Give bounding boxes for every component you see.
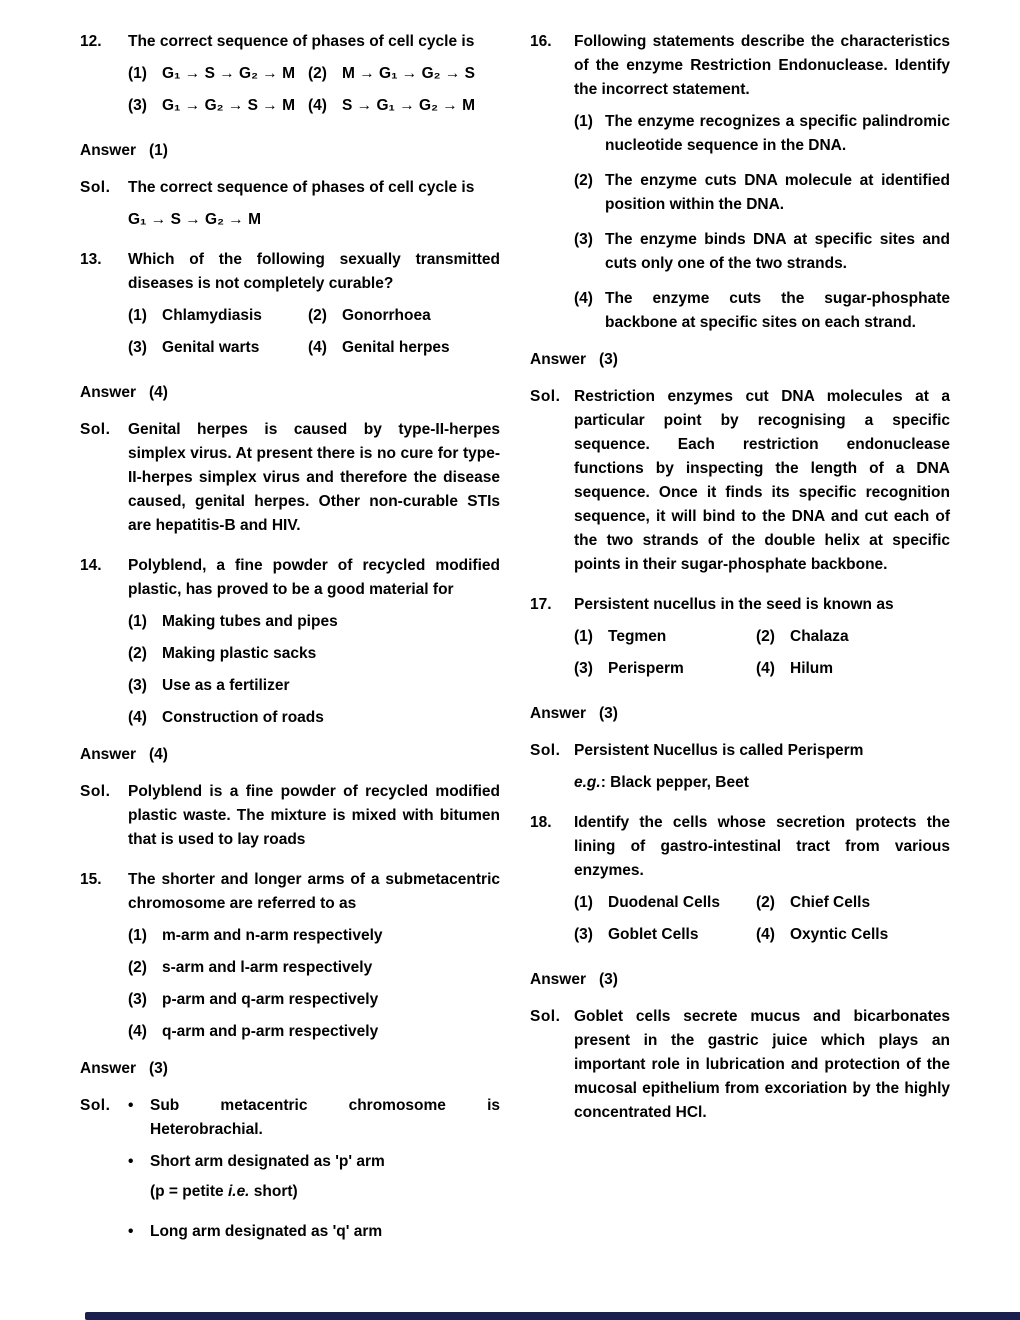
option: (4)q-arm and p-arm respectively bbox=[128, 1020, 500, 1044]
option-number: (1) bbox=[128, 610, 162, 634]
option-label: m-arm and n-arm respectively bbox=[162, 924, 500, 948]
solution-label: Sol. bbox=[80, 780, 128, 860]
bullet-item: • Short arm designated as 'p' arm (p = p… bbox=[128, 1150, 500, 1212]
option: (3)Perisperm bbox=[574, 657, 756, 681]
option-number: (2) bbox=[756, 891, 790, 915]
question-12: 12. The correct sequence of phases of ce… bbox=[80, 30, 500, 240]
question-number: 13. bbox=[80, 248, 128, 296]
option: (1)Duodenal Cells bbox=[574, 891, 756, 915]
option-number: (2) bbox=[128, 956, 162, 980]
question-14: 14. Polyblend, a fine powder of recycled… bbox=[80, 554, 500, 860]
option: (2)Gonorrhoea bbox=[308, 304, 500, 328]
answer-line: Answer(3) bbox=[530, 702, 950, 726]
option: (4)Oxyntic Cells bbox=[756, 923, 950, 947]
question-15: 15. The shorter and longer arms of a sub… bbox=[80, 868, 500, 1252]
answer-value: (4) bbox=[149, 384, 168, 401]
answer-label: Answer bbox=[80, 746, 136, 763]
option-label: Chlamydiasis bbox=[162, 304, 308, 328]
option: (4)Hilum bbox=[756, 657, 950, 681]
answer-line: Answer(3) bbox=[80, 1057, 500, 1081]
option-number: (3) bbox=[128, 94, 162, 118]
option-label: p-arm and q-arm respectively bbox=[162, 988, 500, 1012]
option-label: Chief Cells bbox=[790, 891, 950, 915]
question-13-header: 13. Which of the following sexually tran… bbox=[80, 248, 500, 296]
question-number: 15. bbox=[80, 868, 128, 916]
solution-text: Persistent Nucellus is called Perisperm bbox=[574, 739, 950, 763]
question-text: Identify the cells whose secretion prote… bbox=[574, 811, 950, 883]
option: (3)G₁ → G₂ → S → M bbox=[128, 94, 308, 118]
option-label: Making plastic sacks bbox=[162, 642, 500, 666]
question-16: 16. Following statements describe the ch… bbox=[530, 30, 950, 585]
question-15-options: (1)m-arm and n-arm respectively (2)s-arm… bbox=[128, 924, 500, 1044]
answer-label: Answer bbox=[530, 971, 586, 988]
bullet-item: • Long arm designated as 'q' arm bbox=[128, 1220, 500, 1244]
answer-label: Answer bbox=[80, 142, 136, 159]
option: (2)M → G₁ → G₂ → S bbox=[308, 62, 500, 86]
solution-label: Sol. bbox=[80, 418, 128, 546]
bullet-text: Long arm designated as 'q' arm bbox=[150, 1220, 500, 1244]
option-number: (1) bbox=[574, 625, 608, 649]
solution-text: Goblet cells secrete mucus and bicarbona… bbox=[574, 1005, 950, 1125]
option-label: Goblet Cells bbox=[608, 923, 756, 947]
option-label: The enzyme binds DNA at specific sites a… bbox=[605, 228, 950, 276]
option-label: M → G₁ → G₂ → S bbox=[342, 62, 500, 86]
solution-label: Sol. bbox=[530, 385, 574, 585]
solution-text: The correct sequence of phases of cell c… bbox=[128, 176, 500, 200]
solution-text: Restriction enzymes cut DNA molecules at… bbox=[574, 385, 950, 577]
solution-body: • Sub metacentric chromosome is Heterobr… bbox=[128, 1094, 500, 1252]
option-number: (1) bbox=[128, 924, 162, 948]
option-number: (3) bbox=[574, 657, 608, 681]
option-label: Genital herpes bbox=[342, 336, 500, 360]
question-text: Which of the following sexually transmit… bbox=[128, 248, 500, 296]
bullet-icon: • bbox=[128, 1150, 150, 1212]
answer-label: Answer bbox=[80, 384, 136, 401]
solution-body: Persistent Nucellus is called Perisperm … bbox=[574, 739, 950, 803]
option: (3)The enzyme binds DNA at specific site… bbox=[574, 228, 950, 276]
option-number: (3) bbox=[128, 988, 162, 1012]
answer-label: Answer bbox=[530, 705, 586, 722]
example-italic: e.g. bbox=[574, 774, 601, 791]
option-label: Hilum bbox=[790, 657, 950, 681]
answer-value: (1) bbox=[149, 142, 168, 159]
option-label: Genital warts bbox=[162, 336, 308, 360]
option: (1)m-arm and n-arm respectively bbox=[128, 924, 500, 948]
question-text: Following statements describe the charac… bbox=[574, 30, 950, 102]
solution-16: Sol. Restriction enzymes cut DNA molecul… bbox=[530, 385, 950, 585]
option: (4)S → G₁ → G₂ → M bbox=[308, 94, 500, 118]
option-number: (3) bbox=[128, 674, 162, 698]
option-number: (4) bbox=[756, 657, 790, 681]
question-number: 18. bbox=[530, 811, 574, 883]
answer-line: Answer(3) bbox=[530, 968, 950, 992]
option: (1)Chlamydiasis bbox=[128, 304, 308, 328]
option-label: q-arm and p-arm respectively bbox=[162, 1020, 500, 1044]
option-label: The enzyme recognizes a specific palindr… bbox=[605, 110, 950, 158]
answer-label: Answer bbox=[530, 351, 586, 368]
option-number: (2) bbox=[756, 625, 790, 649]
option-number: (1) bbox=[128, 304, 162, 328]
left-column: 12. The correct sequence of phases of ce… bbox=[80, 30, 500, 1260]
option-number: (1) bbox=[574, 110, 605, 158]
answer-value: (3) bbox=[599, 705, 618, 722]
solution-body: Genital herpes is caused by type-II-herp… bbox=[128, 418, 500, 546]
bullet-icon: • bbox=[128, 1094, 150, 1142]
option-label: S → G₁ → G₂ → M bbox=[342, 94, 500, 118]
option: (2)Chalaza bbox=[756, 625, 950, 649]
answer-value: (3) bbox=[149, 1060, 168, 1077]
solution-body: The correct sequence of phases of cell c… bbox=[128, 176, 500, 240]
note-pre: (p = petite bbox=[150, 1183, 228, 1200]
solution-sequence: G₁ → S → G₂ → M bbox=[128, 208, 500, 232]
question-12-header: 12. The correct sequence of phases of ce… bbox=[80, 30, 500, 54]
option: (2)Chief Cells bbox=[756, 891, 950, 915]
question-text: Persistent nucellus in the seed is known… bbox=[574, 593, 950, 617]
option-number: (1) bbox=[574, 891, 608, 915]
document-page: 12. The correct sequence of phases of ce… bbox=[0, 0, 1020, 1260]
note-italic: i.e. bbox=[228, 1183, 250, 1200]
right-column: 16. Following statements describe the ch… bbox=[530, 30, 950, 1260]
solution-18: Sol. Goblet cells secrete mucus and bica… bbox=[530, 1005, 950, 1133]
option-label: The enzyme cuts DNA molecule at identifi… bbox=[605, 169, 950, 217]
option: (2)s-arm and l-arm respectively bbox=[128, 956, 500, 980]
question-13: 13. Which of the following sexually tran… bbox=[80, 248, 500, 546]
question-18-options: (1)Duodenal Cells (2)Chief Cells (3)Gobl… bbox=[574, 891, 950, 955]
option-number: (2) bbox=[128, 642, 162, 666]
option-label: Duodenal Cells bbox=[608, 891, 756, 915]
option: (4)Genital herpes bbox=[308, 336, 500, 360]
option-number: (2) bbox=[308, 304, 342, 328]
option-number: (2) bbox=[574, 169, 605, 217]
answer-value: (4) bbox=[149, 746, 168, 763]
option-number: (4) bbox=[128, 706, 162, 730]
answer-label: Answer bbox=[80, 1060, 136, 1077]
question-16-header: 16. Following statements describe the ch… bbox=[530, 30, 950, 102]
bullet-note: (p = petite i.e. short) bbox=[150, 1180, 500, 1204]
solution-body: Polyblend is a fine powder of recycled m… bbox=[128, 780, 500, 860]
option-number: (4) bbox=[574, 287, 605, 335]
question-17-header: 17. Persistent nucellus in the seed is k… bbox=[530, 593, 950, 617]
bullet-text: Short arm designated as 'p' arm (p = pet… bbox=[150, 1150, 500, 1212]
question-text: The correct sequence of phases of cell c… bbox=[128, 30, 500, 54]
option-label: s-arm and l-arm respectively bbox=[162, 956, 500, 980]
option-label: The enzyme cuts the sugar-phosphate back… bbox=[605, 287, 950, 335]
option-label: Making tubes and pipes bbox=[162, 610, 500, 634]
bullet-line: Short arm designated as 'p' arm bbox=[150, 1153, 385, 1170]
option-number: (3) bbox=[574, 923, 608, 947]
option-label: Oxyntic Cells bbox=[790, 923, 950, 947]
solution-label: Sol. bbox=[80, 176, 128, 240]
question-text: Polyblend, a fine powder of recycled mod… bbox=[128, 554, 500, 602]
option-label: G₁ → G₂ → S → M bbox=[162, 94, 308, 118]
question-18: 18. Identify the cells whose secretion p… bbox=[530, 811, 950, 1133]
solution-label: Sol. bbox=[530, 1005, 574, 1133]
option: (3)Use as a fertilizer bbox=[128, 674, 500, 698]
note-post: short) bbox=[250, 1183, 298, 1200]
bullet-item: • Sub metacentric chromosome is Heterobr… bbox=[128, 1094, 500, 1142]
solution-label: Sol. bbox=[80, 1094, 128, 1252]
example-rest: : Black pepper, Beet bbox=[601, 774, 749, 791]
solution-13: Sol. Genital herpes is caused by type-II… bbox=[80, 418, 500, 546]
footer-bar bbox=[85, 1312, 1020, 1320]
bullet-text: Sub metacentric chromosome is Heterobrac… bbox=[150, 1094, 500, 1142]
option-label: Chalaza bbox=[790, 625, 950, 649]
option-number: (4) bbox=[308, 336, 342, 360]
solution-text: Polyblend is a fine powder of recycled m… bbox=[128, 780, 500, 852]
answer-line: Answer(1) bbox=[80, 139, 500, 163]
question-14-options: (1)Making tubes and pipes (2)Making plas… bbox=[128, 610, 500, 730]
question-number: 12. bbox=[80, 30, 128, 54]
option: (3)p-arm and q-arm respectively bbox=[128, 988, 500, 1012]
solution-text: Genital herpes is caused by type-II-herp… bbox=[128, 418, 500, 538]
solution-12: Sol. The correct sequence of phases of c… bbox=[80, 176, 500, 240]
solution-body: Goblet cells secrete mucus and bicarbona… bbox=[574, 1005, 950, 1133]
option-label: G₁ → S → G₂ → M bbox=[162, 62, 308, 86]
answer-line: Answer(3) bbox=[530, 348, 950, 372]
option: (3)Genital warts bbox=[128, 336, 308, 360]
question-12-options: (1)G₁ → S → G₂ → M (2)M → G₁ → G₂ → S (3… bbox=[128, 62, 500, 126]
solution-14: Sol. Polyblend is a fine powder of recyc… bbox=[80, 780, 500, 860]
solution-label: Sol. bbox=[530, 739, 574, 803]
question-number: 16. bbox=[530, 30, 574, 102]
option-number: (3) bbox=[128, 336, 162, 360]
question-14-header: 14. Polyblend, a fine powder of recycled… bbox=[80, 554, 500, 602]
option: (3)Goblet Cells bbox=[574, 923, 756, 947]
solution-body: Restriction enzymes cut DNA molecules at… bbox=[574, 385, 950, 585]
option-label: Perisperm bbox=[608, 657, 756, 681]
option: (1)The enzyme recognizes a specific pali… bbox=[574, 110, 950, 158]
option-number: (4) bbox=[128, 1020, 162, 1044]
solution-15: Sol. • Sub metacentric chromosome is Het… bbox=[80, 1094, 500, 1252]
question-16-options: (1)The enzyme recognizes a specific pali… bbox=[574, 110, 950, 335]
option-label: Use as a fertilizer bbox=[162, 674, 500, 698]
option: (1)Tegmen bbox=[574, 625, 756, 649]
question-18-header: 18. Identify the cells whose secretion p… bbox=[530, 811, 950, 883]
option: (4)Construction of roads bbox=[128, 706, 500, 730]
answer-value: (3) bbox=[599, 971, 618, 988]
option: (1)G₁ → S → G₂ → M bbox=[128, 62, 308, 86]
option: (1)Making tubes and pipes bbox=[128, 610, 500, 634]
solution-17: Sol. Persistent Nucellus is called Peris… bbox=[530, 739, 950, 803]
answer-line: Answer(4) bbox=[80, 381, 500, 405]
option-number: (1) bbox=[128, 62, 162, 86]
bullet-icon: • bbox=[128, 1220, 150, 1244]
question-15-header: 15. The shorter and longer arms of a sub… bbox=[80, 868, 500, 916]
option-label: Construction of roads bbox=[162, 706, 500, 730]
option-label: Gonorrhoea bbox=[342, 304, 500, 328]
option-label: Tegmen bbox=[608, 625, 756, 649]
question-number: 17. bbox=[530, 593, 574, 617]
option-number: (4) bbox=[308, 94, 342, 118]
option: (4)The enzyme cuts the sugar-phosphate b… bbox=[574, 287, 950, 335]
option-number: (3) bbox=[574, 228, 605, 276]
option-number: (2) bbox=[308, 62, 342, 86]
answer-line: Answer(4) bbox=[80, 743, 500, 767]
question-17: 17. Persistent nucellus in the seed is k… bbox=[530, 593, 950, 803]
option-number: (4) bbox=[756, 923, 790, 947]
option: (2)Making plastic sacks bbox=[128, 642, 500, 666]
option: (2)The enzyme cuts DNA molecule at ident… bbox=[574, 169, 950, 217]
answer-value: (3) bbox=[599, 351, 618, 368]
question-17-options: (1)Tegmen (2)Chalaza (3)Perisperm (4)Hil… bbox=[574, 625, 950, 689]
solution-example: e.g.: Black pepper, Beet bbox=[574, 771, 950, 795]
question-text: The shorter and longer arms of a submeta… bbox=[128, 868, 500, 916]
question-number: 14. bbox=[80, 554, 128, 602]
question-13-options: (1)Chlamydiasis (2)Gonorrhoea (3)Genital… bbox=[128, 304, 500, 368]
